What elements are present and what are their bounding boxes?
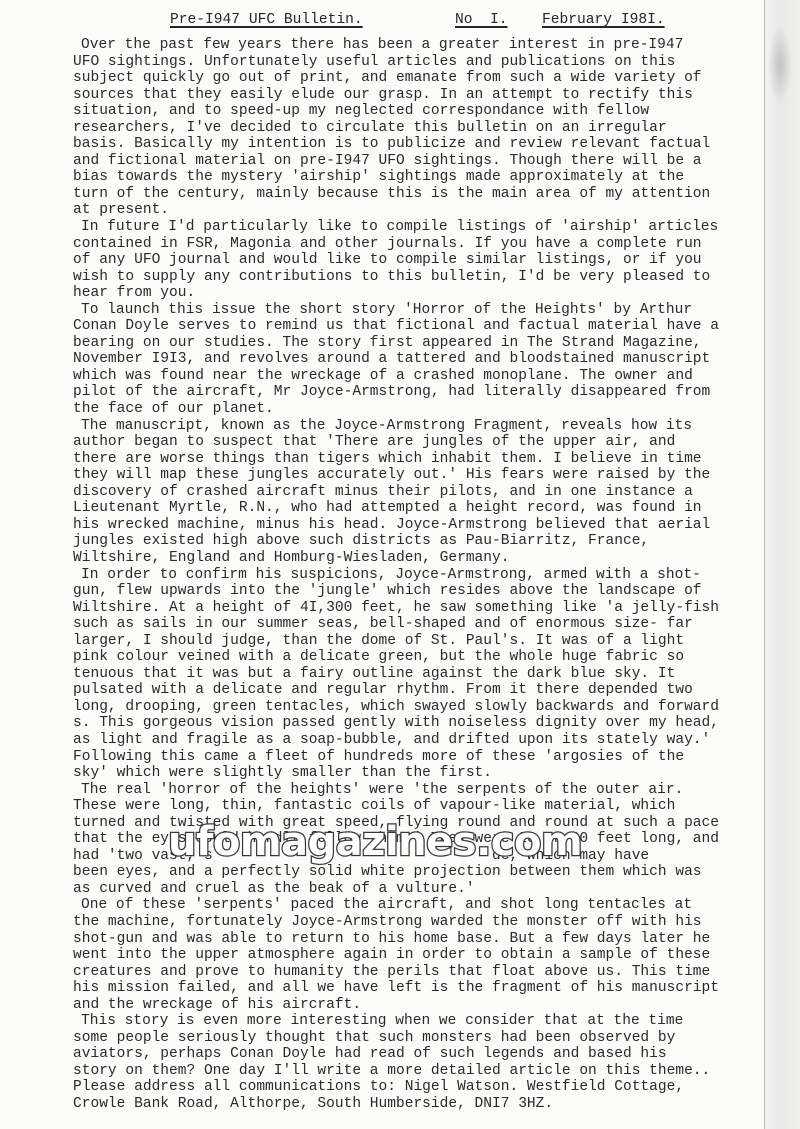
text-line: there are worse things than tigers which… [73, 451, 773, 468]
text-line: s. This gorgeous vision passed gently wi… [73, 715, 773, 732]
text-line: In order to confirm his suspicions, Joyc… [73, 567, 773, 584]
text-line: such as sails in our summer seas, bell-s… [73, 616, 773, 633]
text-line: The manuscript, known as the Joyce-Armst… [73, 418, 773, 435]
text-line: tenuous that it was but a fairy outline … [73, 666, 773, 683]
text-line: wish to supply any contributions to this… [73, 269, 773, 286]
text-line: Conan Doyle serves to remind us that fic… [73, 318, 773, 335]
text-line: November I9I3, and revolves around a tat… [73, 351, 773, 368]
text-line: In future I'd particularly like to compi… [73, 219, 773, 236]
text-line: pilot of the aircraft, Mr Joyce-Armstron… [73, 384, 773, 401]
text-line: shot-gun and was able to return to his h… [73, 931, 773, 948]
text-line: bearing on our studies. The story first … [73, 335, 773, 352]
text-line: his wrecked machine, minus his head. Joy… [73, 517, 773, 534]
text-line: sky' which were slightly smaller than th… [73, 765, 773, 782]
text-line: gun, flew upwards into the 'jungle' whic… [73, 583, 773, 600]
text-line: and fictional material on pre-I947 UFO s… [73, 153, 773, 170]
text-line: Please address all communications to: Ni… [73, 1079, 773, 1096]
text-line: story on them? One day I'll write a more… [73, 1063, 773, 1080]
text-line: the machine, fortunately Joyce-Armstrong… [73, 914, 773, 931]
text-line: the face of our planet. [73, 401, 773, 418]
text-line: contained in FSR, Magonia and other jour… [73, 236, 773, 253]
bulletin-body: Over the past few years there has been a… [73, 37, 773, 1113]
text-line: Wiltshire. At a height of 4I,300 feet, h… [73, 600, 773, 617]
text-line: Following this came a fleet of hundreds … [73, 749, 773, 766]
text-line: larger, I should judge, than the dome of… [73, 633, 773, 650]
text-line: turn of the century, mainly because this… [73, 186, 773, 203]
text-line: which was found near the wreckage of a c… [73, 368, 773, 385]
text-line: This story is even more interesting when… [73, 1013, 773, 1030]
text-line: as curved and cruel as the beak of a vul… [73, 881, 773, 898]
text-line: subject quickly go out of print, and ema… [73, 70, 773, 87]
document-page: Pre-I947 UFC Bulletin. No I. February I9… [0, 0, 800, 1129]
text-line: aviators, perhaps Conan Doyle had read o… [73, 1046, 773, 1063]
watermark: ufomagazines.com [168, 822, 582, 862]
text-line: Crowle Bank Road, Althorpe, South Humber… [73, 1096, 773, 1113]
text-line: Lieutenant Myrtle, R.N., who had attempt… [73, 500, 773, 517]
bulletin-title: Pre-I947 UFC Bulletin. [170, 12, 363, 28]
text-line: creatures and prove to humanity the peri… [73, 964, 773, 981]
issue-date: February I98I. [542, 12, 665, 28]
text-line: bias towards the mystery 'airship' sight… [73, 169, 773, 186]
text-line: UFO sightings. Unfortunately useful arti… [73, 54, 773, 71]
text-line: went into the upper atmosphere again in … [73, 947, 773, 964]
text-line: author began to suspect that 'There are … [73, 434, 773, 451]
text-line: researchers, I've decided to circulate t… [73, 120, 773, 137]
text-line: One of these 'serpents' paced the aircra… [73, 897, 773, 914]
text-line: pulsated with a delicate and regular rhy… [73, 682, 773, 699]
text-line: hear from you. [73, 285, 773, 302]
text-line: Over the past few years there has been a… [73, 37, 773, 54]
text-line: of any UFO journal and would like to com… [73, 252, 773, 269]
text-line: at present. [73, 202, 773, 219]
text-line: Wiltshire, England and Homburg-Wiesladen… [73, 550, 773, 567]
text-line: pink colour veined with a delicate green… [73, 649, 773, 666]
text-line: To launch this issue the short story 'Ho… [73, 302, 773, 319]
text-line: they will map these jungles accurately o… [73, 467, 773, 484]
text-line: long, drooping, green tentacles, which s… [73, 699, 773, 716]
text-line: These were long, thin, fantastic coils o… [73, 798, 773, 815]
text-line: some people seriously thought that such … [73, 1030, 773, 1047]
text-line: jungles existed high above such district… [73, 533, 773, 550]
text-line: situation, and to speed-up my neglected … [73, 103, 773, 120]
text-line: sources that they easily elude our grasp… [73, 87, 773, 104]
text-line: as light and fragile as a soap-bubble, a… [73, 732, 773, 749]
text-line: discovery of crashed aircraft minus thei… [73, 484, 773, 501]
text-line: The real 'horror of the heights' were 't… [73, 782, 773, 799]
text-line: been eyes, and a perfectly solid white p… [73, 864, 773, 881]
text-line: basis. Basically my intention is to publ… [73, 136, 773, 153]
text-line: his mission failed, and all we have left… [73, 980, 773, 997]
issue-number: No I. [455, 12, 508, 28]
text-line: and the wreckage of his aircraft. [73, 997, 773, 1014]
